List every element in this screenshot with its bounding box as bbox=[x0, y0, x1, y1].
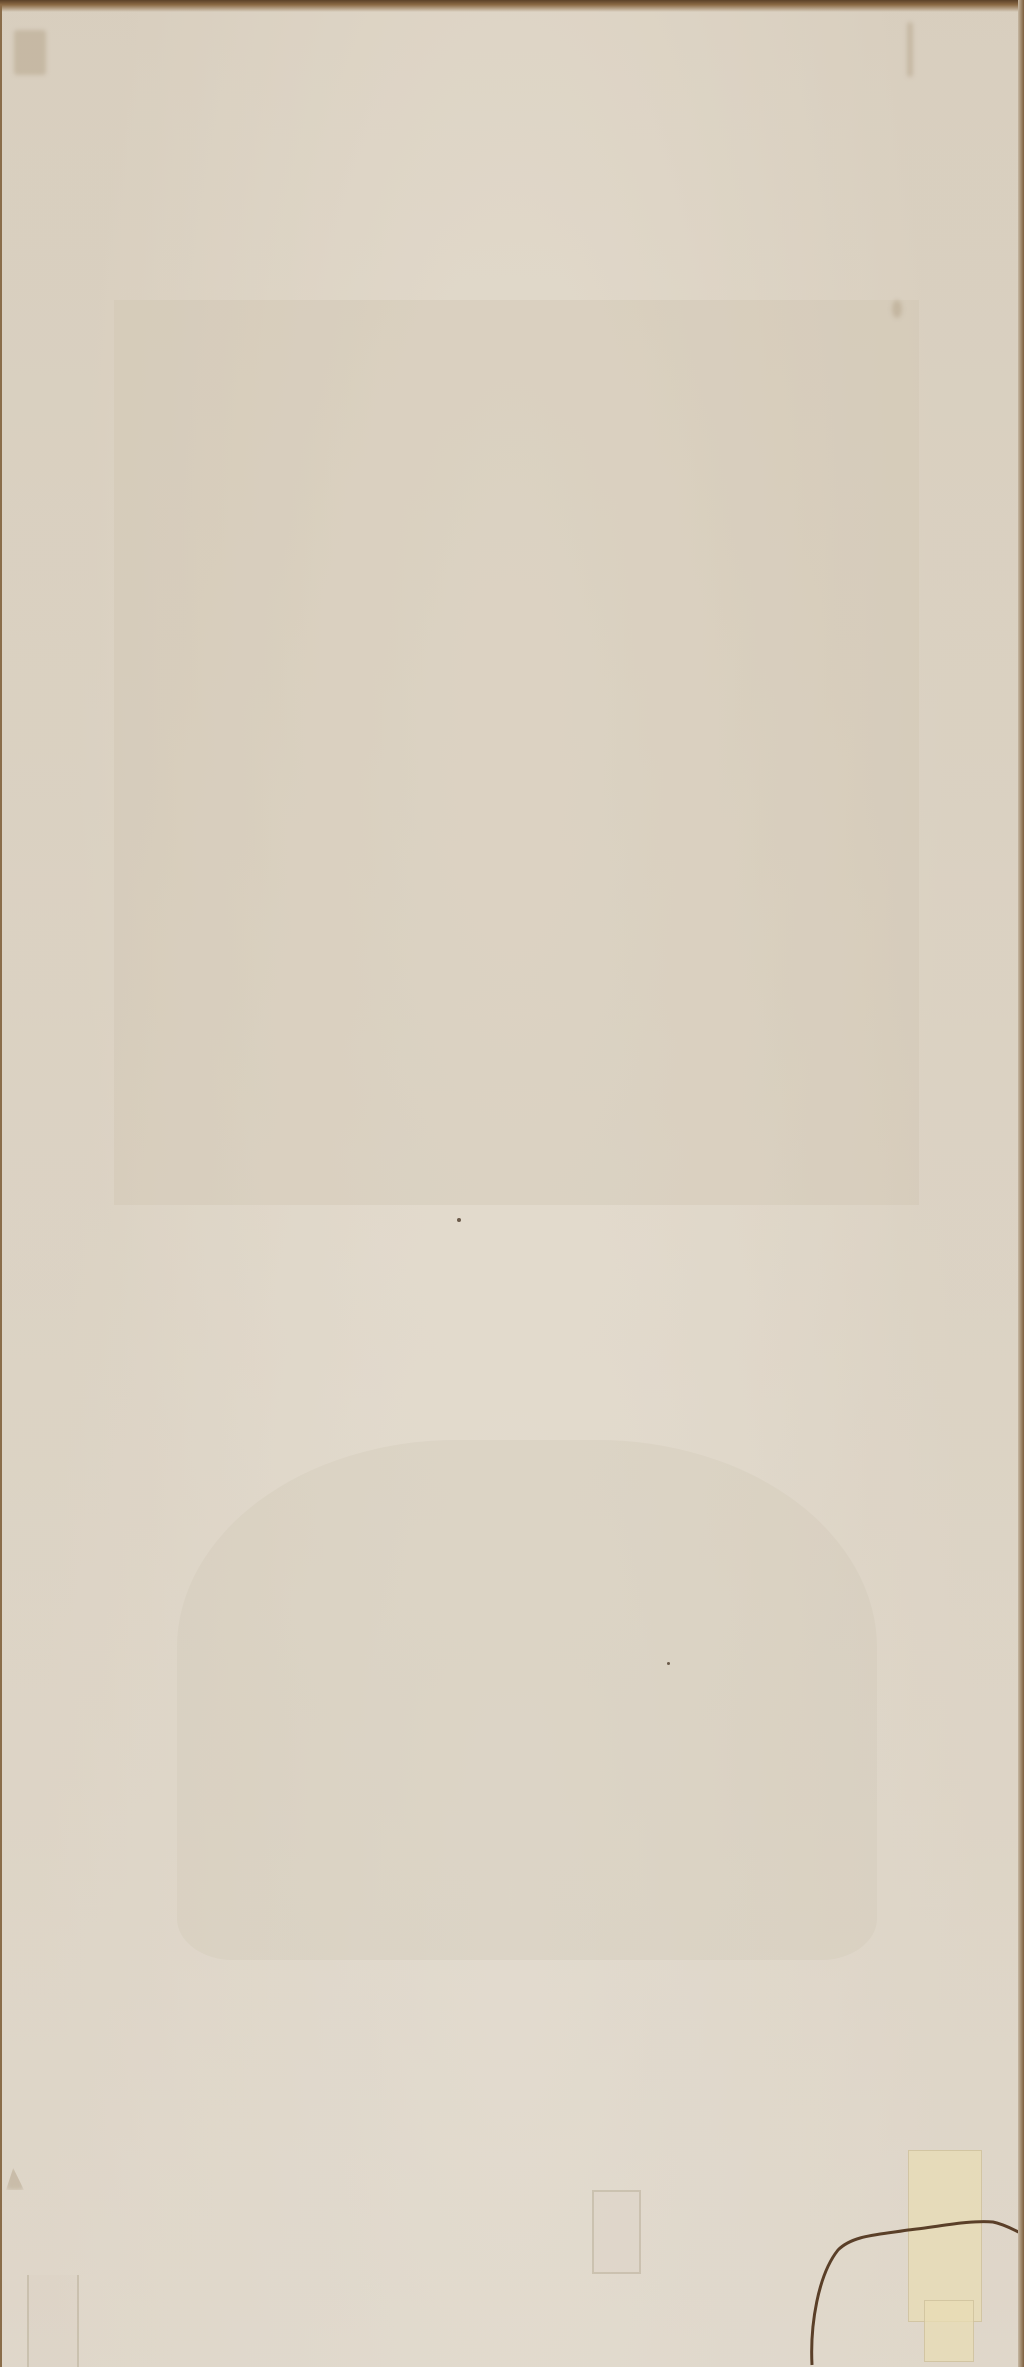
speck bbox=[667, 1662, 670, 1665]
stain-mark bbox=[6, 2168, 24, 2190]
frame-edge-right bbox=[1018, 0, 1024, 2367]
tape-residue bbox=[27, 2275, 79, 2367]
show-through-shape bbox=[177, 1440, 877, 1960]
speck bbox=[457, 1218, 461, 1222]
frame-edge-top bbox=[0, 0, 1024, 12]
stain-mark bbox=[892, 300, 902, 318]
stain-mark bbox=[907, 22, 913, 77]
paper-back bbox=[0, 0, 1020, 2367]
show-through-rectangle bbox=[114, 300, 919, 1205]
paper-tear bbox=[808, 2205, 1024, 2367]
stain-mark bbox=[14, 30, 46, 75]
tape-residue bbox=[592, 2190, 641, 2274]
